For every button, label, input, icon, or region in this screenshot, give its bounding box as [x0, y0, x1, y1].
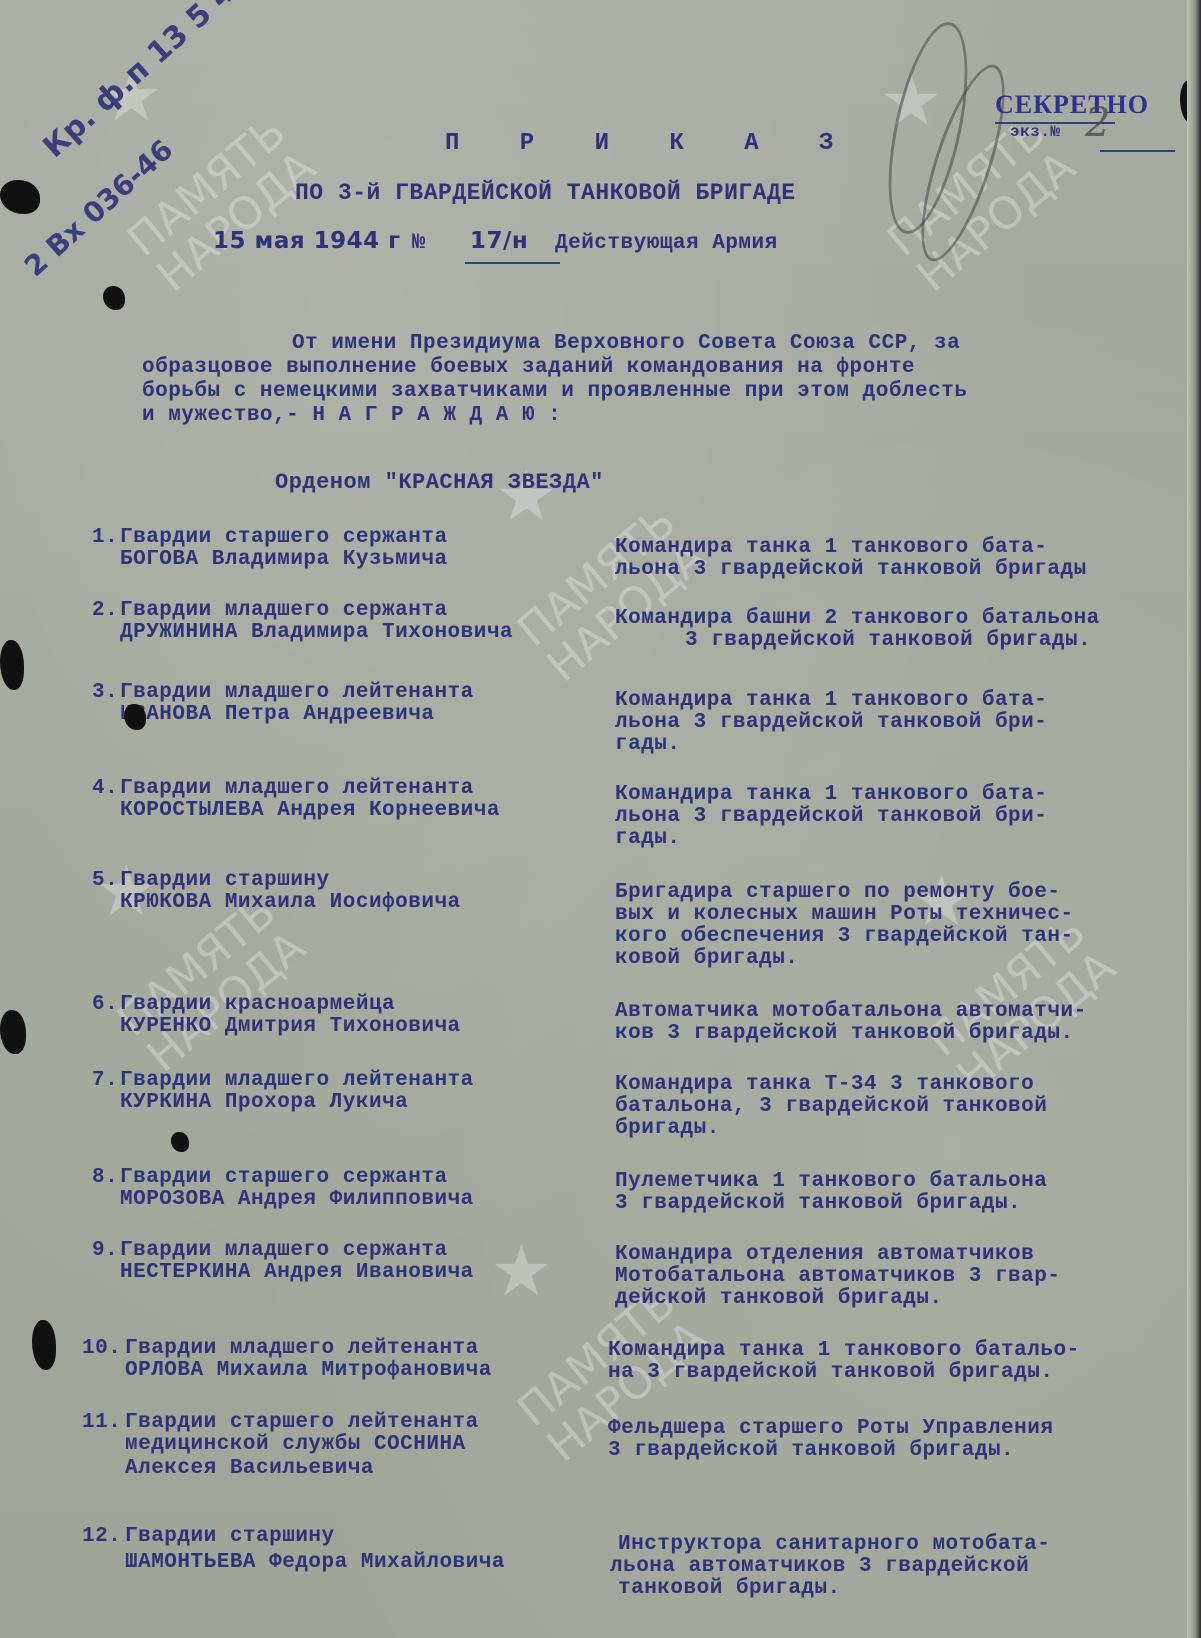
order-number: 17/н	[470, 228, 528, 254]
entry-position: гады.	[615, 828, 681, 850]
preamble-line: От имени Президиума Верховного Совета Со…	[292, 333, 960, 355]
copy-label: экз.№	[1010, 123, 1061, 141]
entry-position: Бригадира старшего по ремонту бое-	[615, 882, 1060, 904]
entry-name: ИВАНОВА Петра Андреевича	[120, 704, 434, 726]
entry-position: гады.	[615, 734, 681, 756]
entry-position: Командира танка Т-34 3 танкового	[615, 1074, 1034, 1096]
preamble-line: образцовое выполнение боевых заданий ком…	[142, 357, 915, 379]
entry-number: 2.	[92, 600, 118, 622]
entry-position: льона 3 гвардейской танковой бригады	[615, 559, 1087, 581]
entry-position: ков 3 гвардейской танковой бригады.	[615, 1023, 1074, 1045]
page-edge	[1187, 0, 1201, 1638]
preamble-line: борьбы с немецкими захватчиками и проявл…	[142, 381, 967, 403]
entry-name: КОРОСТЫЛЕВА Андрея Корнеевича	[120, 800, 500, 822]
classification-label: СЕКРЕТНО	[995, 90, 1149, 120]
entry-rank: Гвардии младшего лейтенанта	[125, 1338, 479, 1360]
order-date: 15 мая 1944 г	[213, 228, 401, 254]
entry-number: 4.	[92, 778, 118, 800]
entry-name: ДРУЖИНИНА Владимира Тихоновича	[120, 622, 513, 644]
entry-position: на 3 гвардейской танковой бригады.	[608, 1362, 1053, 1384]
entry-position: льона 3 гвардейской танковой бри-	[615, 806, 1047, 828]
entry-rank: Гвардии старшего лейтенанта	[125, 1412, 479, 1434]
entry-name: НЕСТЕРКИНА Андрея Ивановича	[120, 1262, 474, 1284]
entry-position: батальона, 3 гвардейской танковой	[615, 1096, 1047, 1118]
entry-rank: Гвардии красноармейца	[120, 994, 395, 1016]
entry-position: бригады.	[615, 1118, 720, 1140]
preamble-line: и мужество,- Н А Г Р А Ж Д А Ю :	[142, 405, 561, 427]
entry-position: Командира танка 1 танкового бата-	[615, 537, 1047, 559]
entry-rank: Гвардии старшего сержанта	[120, 1167, 448, 1189]
watermark-star-icon: ★	[490, 1230, 553, 1312]
entry-name: ОРЛОВА Михаила Митрофановича	[125, 1360, 492, 1382]
entry-rank: Гвардии младшего сержанта	[120, 1240, 448, 1262]
paper-damage-hole	[32, 1320, 56, 1370]
entry-rank: Гвардии младшего лейтенанта	[120, 778, 474, 800]
copy-number: 2	[1085, 100, 1110, 146]
entry-rank: Гвардии старшего сержанта	[120, 527, 448, 549]
entry-position: Инструктора санитарного мотобата-	[618, 1534, 1050, 1556]
entry-rank: Гвардии старшину	[120, 870, 330, 892]
entry-position: 3 гвардейской танковой бригады.	[615, 1193, 1021, 1215]
entry-position: 3 гвардейской танковой бригады.	[685, 630, 1091, 652]
order-number-label: №	[412, 230, 426, 255]
entry-number: 3.	[92, 682, 118, 704]
order-number-underline	[465, 262, 560, 264]
entry-number: 6.	[92, 994, 118, 1016]
paper-damage-hole	[0, 1010, 26, 1054]
award-heading: Орденом "КРАСНАЯ ЗВЕЗДА"	[275, 472, 604, 494]
scanned-document-page: ★ ПАМЯТЬ НАРОДА ★ ПАМЯТЬ НАРОДА ★ ПАМЯТЬ…	[0, 0, 1190, 1638]
entry-name: КУРКИНА Прохора Лукича	[120, 1092, 408, 1114]
entry-position: вых и колесных машин Роты техничес-	[615, 904, 1074, 926]
entry-position: Мотобатальона автоматчиков 3 гвар-	[615, 1266, 1060, 1288]
entry-name: медицинской службы СОСНИНА	[125, 1434, 466, 1456]
entry-number: 8.	[92, 1167, 118, 1189]
entry-rank: Гвардии младшего лейтенанта	[120, 1070, 474, 1092]
entry-number: 9.	[92, 1240, 118, 1262]
paper-damage-hole	[171, 1132, 189, 1152]
order-location: Действующая Армия	[555, 232, 778, 255]
entry-position: 3 гвардейской танковой бригады.	[608, 1440, 1014, 1462]
entry-position: Командира танка 1 танкового батальо-	[608, 1340, 1080, 1362]
entry-position: Пулеметчика 1 танкового батальона	[615, 1171, 1047, 1193]
entry-position: кого обеспечения 3 гвардейской тан-	[615, 926, 1074, 948]
entry-name: БОГОВА Владимира Кузьмича	[120, 549, 448, 571]
entry-position: Командира танка 1 танкового бата-	[615, 784, 1047, 806]
entry-position: Автоматчика мотобатальона автоматчи-	[615, 1001, 1087, 1023]
entry-number: 5.	[92, 870, 118, 892]
entry-position: льона автоматчиков 3 гвардейской	[610, 1556, 1029, 1578]
entry-number: 12.	[82, 1526, 121, 1548]
entry-position: льона 3 гвардейской танковой бри-	[615, 712, 1047, 734]
paper-damage-hole	[103, 286, 125, 310]
entry-position: ковой бригады.	[615, 948, 798, 970]
entry-name: Алексея Васильевича	[125, 1458, 374, 1480]
entry-rank: Гвардии младшего лейтенанта	[120, 682, 474, 704]
paper-damage-hole	[0, 640, 24, 690]
entry-position: танковой бригады.	[618, 1578, 841, 1600]
entry-position: Командира башни 2 танкового батальона	[615, 608, 1100, 630]
entry-name: ШАМОНТЬЕВА Федора Михайловича	[125, 1552, 505, 1574]
entry-name: МОРОЗОВА Андрея Филипповича	[120, 1189, 474, 1211]
entry-name: КРЮКОВА Михаила Иосифовича	[120, 892, 461, 914]
entry-number: 11.	[82, 1412, 121, 1434]
watermark-star-icon: ★	[495, 455, 558, 537]
entry-rank: Гвардии старшину	[125, 1526, 335, 1548]
entry-name: КУРЕНКО Дмитрия Тихоновича	[120, 1016, 461, 1038]
entry-number: 7.	[92, 1070, 118, 1092]
entry-number: 10.	[82, 1338, 121, 1360]
document-title: П Р И К А З	[445, 130, 847, 157]
entry-position: Командира танка 1 танкового бата-	[615, 690, 1047, 712]
paper-damage-hole	[0, 180, 40, 214]
entry-position: дейской танковой бригады.	[615, 1288, 943, 1310]
entry-number: 1.	[92, 527, 118, 549]
entry-position: Фельдшера старшего Роты Управления	[608, 1418, 1053, 1440]
copy-number-underline	[1100, 150, 1175, 152]
entry-position: Командира отделения автоматчиков	[615, 1244, 1034, 1266]
entry-rank: Гвардии младшего сержанта	[120, 600, 448, 622]
document-subtitle: ПО 3-й ГВАРДЕЙСКОЙ ТАНКОВОЙ БРИГАДЕ	[295, 180, 796, 206]
paper-damage-hole	[124, 704, 146, 730]
